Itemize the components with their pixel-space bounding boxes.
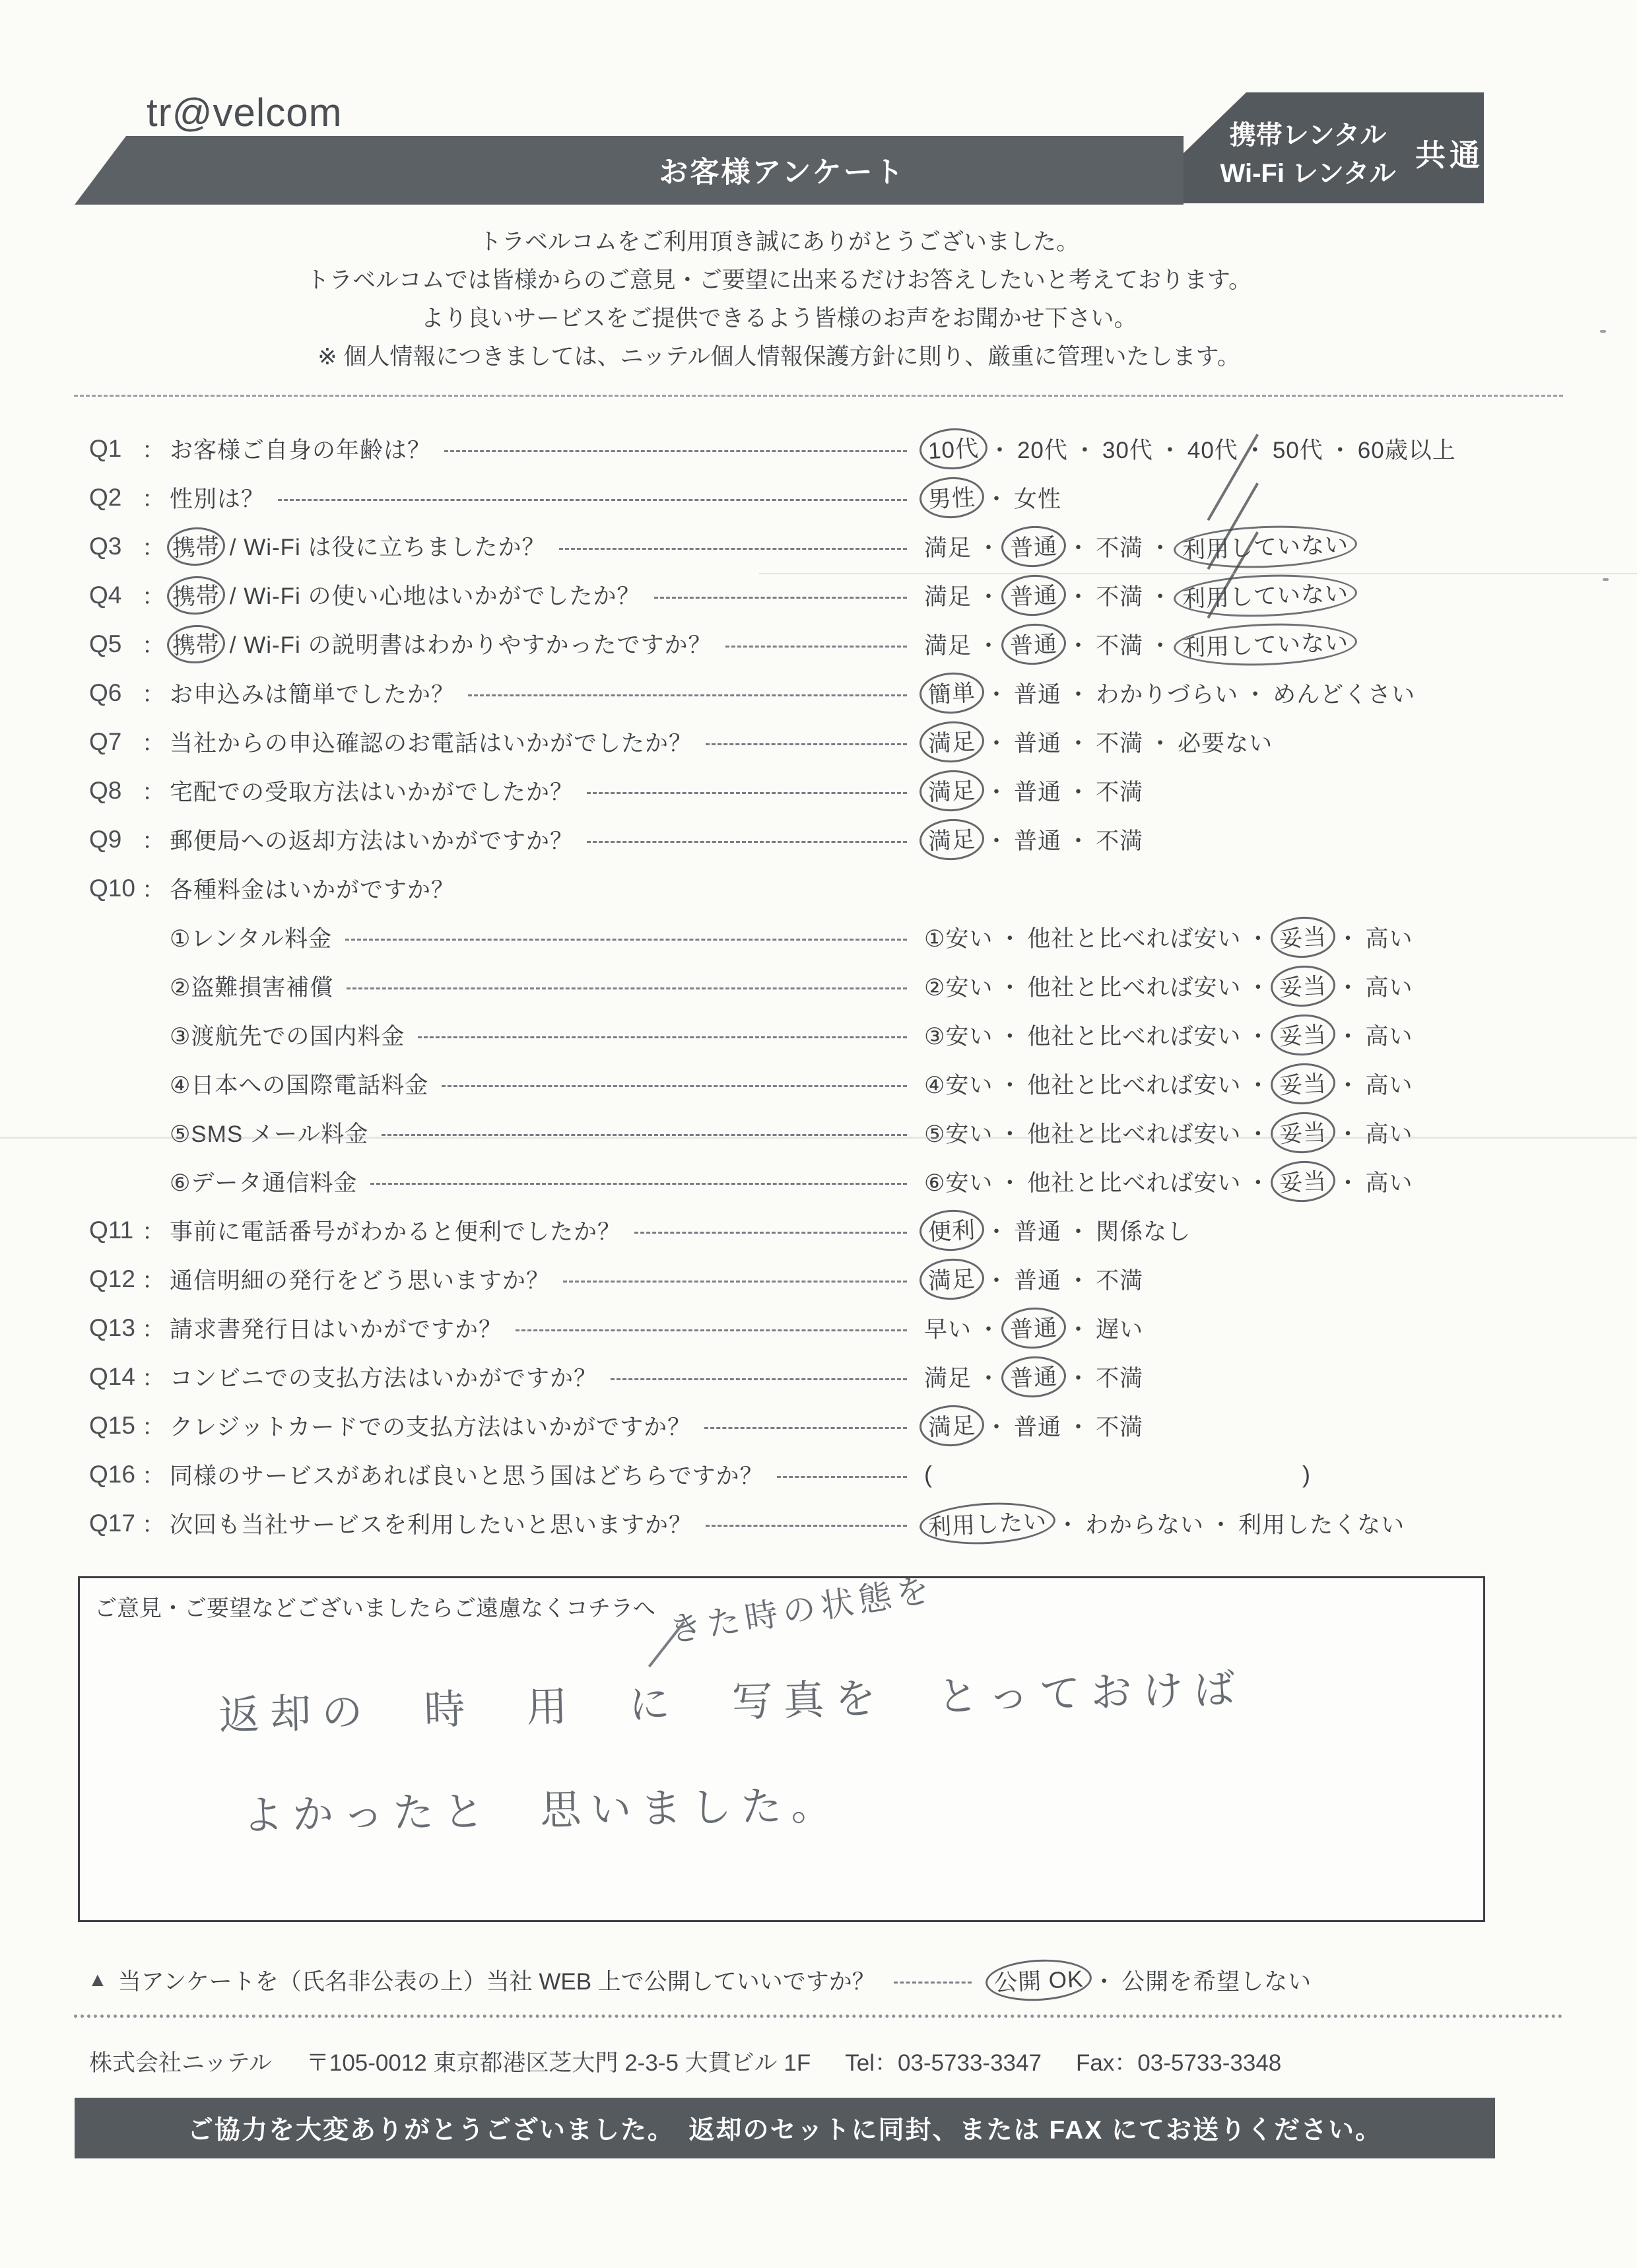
option-separator: ・	[1067, 530, 1090, 563]
option-separator: ・	[1336, 1116, 1360, 1149]
comment-box: ご意見・ご要望などございましたらご遠慮なくコチラへ きた時の状態を 返却の 時 …	[78, 1576, 1485, 1922]
option: 便利	[918, 1208, 985, 1252]
leader-dashes	[516, 1329, 907, 1331]
option-separator: ・	[998, 1067, 1022, 1100]
question-text-part: / Wi-Fi は役に立ちましたか？	[222, 535, 546, 560]
question-row: ②盗難損害補償②安い・他社と比べれば安い・妥当・高い	[89, 962, 1495, 1011]
option: 満足	[918, 1403, 985, 1448]
intro-paragraph: トラベルコムをご利用頂き誠にありがとうございました。 トラベルコムでは皆様からの…	[92, 223, 1465, 376]
intro-line-3: より良いサービスをご提供できるよう皆様のお声をお聞かせ下さい。	[92, 300, 1465, 338]
option: 不満	[1096, 628, 1143, 661]
option: 公開を希望しない	[1121, 1964, 1312, 1997]
option: 他社と比べれば安い	[1027, 1067, 1241, 1100]
option: 普通	[1014, 725, 1061, 758]
question-left: Q6：お申込みは簡単でしたか？	[89, 677, 924, 710]
badge-rental-lines: 携帯レンタル Wi-Fi レンタル	[1184, 103, 1409, 193]
survey-page: tr@velcom お客様アンケート 携帯レンタル Wi-Fi レンタル 共通 …	[0, 0, 1637, 2268]
option: ②安い	[924, 970, 993, 1003]
option: 遅い	[1096, 1312, 1143, 1345]
option-separator: ・	[1244, 677, 1267, 710]
question-text-part: / Wi-Fi の使い心地はいかがでしたか？	[222, 584, 641, 609]
question-row: Q10：各種料金はいかがですか？	[89, 864, 1495, 913]
question-left: ⑥データ通信料金	[89, 1165, 924, 1198]
answer-options: 満足・普通・不満	[924, 822, 1143, 857]
answer-options: ④安い・他社と比べれば安い・妥当・高い	[924, 1067, 1413, 1101]
option: 簡単	[918, 671, 985, 715]
leader-dashes	[634, 1232, 907, 1234]
option: 他社と比べれば安い	[1027, 1116, 1241, 1149]
question-number: Q7	[89, 728, 142, 756]
option: 満足	[918, 1257, 985, 1301]
option: 不満	[1096, 530, 1143, 563]
leader-dashes	[777, 1476, 907, 1478]
option: 普通	[1000, 1354, 1067, 1399]
publish-consent-text: 当アンケートを（氏名非公表の上）当社 WEB 上で公開していいですか？	[118, 1964, 875, 1997]
option-separator: ・	[998, 1018, 1022, 1051]
option: 妥当	[1270, 1061, 1337, 1106]
leader-dashes	[468, 694, 907, 696]
option-separator: ・	[1067, 1360, 1090, 1393]
question-text-part: お客様ご自身の年齢は？	[170, 438, 431, 463]
option: 利用していない	[1173, 572, 1358, 620]
question-colon: ：	[142, 1409, 170, 1442]
question-text: 宅配での受取方法はいかがでしたか？	[170, 774, 574, 807]
option: 不満	[1096, 823, 1143, 856]
option-separator: ・	[1149, 628, 1172, 661]
answer-options: 満足・普通・不満・利用していない	[924, 529, 1353, 564]
scan-speck	[1600, 330, 1606, 333]
question-text: 性別は？	[170, 481, 265, 514]
option: 高い	[1365, 1165, 1413, 1198]
question-text-part: 各種料金はいかがですか？	[170, 877, 455, 903]
option-separator: ・	[985, 774, 1009, 807]
question-colon: ：	[142, 481, 170, 514]
question-text-part: 同様のサービスがあれば良いと思う国はどちらですか？	[170, 1463, 764, 1489]
option: 満足	[924, 530, 972, 563]
option: 普通	[1014, 1263, 1061, 1296]
question-row: Q8：宅配での受取方法はいかがでしたか？満足・普通・不満	[89, 766, 1495, 815]
question-text: クレジットカードでの支払方法はいかがですか？	[170, 1409, 691, 1442]
answer-options: 早い・普通・遅い	[924, 1311, 1143, 1345]
question-colon: ：	[142, 628, 170, 661]
option-separator: ・	[985, 823, 1009, 856]
option-separator: ・	[998, 921, 1022, 954]
question-row: Q11：事前に電話番号がわかると便利でしたか？便利・普通・関係なし	[89, 1206, 1495, 1255]
dotted-divider-bottom	[74, 2015, 1563, 2018]
question-text-part: ⑤SMS メール料金	[170, 1121, 368, 1147]
option: 満足	[924, 628, 972, 661]
question-left: Q16：同様のサービスがあれば良いと思う国はどちらですか？	[89, 1458, 924, 1491]
option: ③安い	[924, 1018, 993, 1051]
option: 早い	[924, 1312, 972, 1345]
answer-options: 10代・20代・30代・40代・50代・60歳以上	[924, 432, 1456, 466]
option: 他社と比べれば安い	[1027, 1018, 1241, 1051]
option-separator: ・	[998, 1116, 1022, 1149]
option: 不満	[1096, 1263, 1143, 1296]
question-text: コンビニでの支払方法はいかがですか？	[170, 1360, 597, 1393]
question-text-part: 請求書発行日はいかがですか？	[170, 1317, 502, 1343]
option-separator: ・	[977, 1312, 1001, 1345]
question-row: Q12：通信明細の発行をどう思いますか？満足・普通・不満	[89, 1255, 1495, 1304]
option-separator: ・	[1246, 1018, 1270, 1051]
question-number: Q14	[89, 1363, 142, 1391]
question-number: Q3	[89, 533, 142, 560]
question-left: Q8：宅配での受取方法はいかがでしたか？	[89, 774, 924, 807]
answer-options: ③安い・他社と比べれば安い・妥当・高い	[924, 1018, 1413, 1052]
option: 普通	[1014, 677, 1061, 710]
option: 満足	[924, 579, 972, 612]
triangle-bullet-icon: ▲	[88, 1969, 108, 1991]
option-separator: ・	[1067, 628, 1090, 661]
option-separator: ・	[1246, 1116, 1270, 1149]
company-info-row: 株式会社ニッテル 〒105-0012 東京都港区芝大門 2-3-5 大貫ビル 1…	[89, 2045, 1541, 2078]
question-text: ①レンタル料金	[170, 921, 332, 954]
question-text: 携帯 / Wi-Fi は役に立ちましたか？	[170, 529, 546, 564]
scan-crease-line	[0, 1137, 1637, 1139]
question-text: 郵便局への返却方法はいかがですか？	[170, 823, 574, 856]
option: 高い	[1365, 1018, 1413, 1051]
option: 60歳以上	[1358, 432, 1456, 465]
question-colon: ：	[142, 725, 170, 758]
question-left: Q9：郵便局への返却方法はいかがですか？	[89, 823, 924, 856]
option: ④安い	[924, 1067, 993, 1100]
paren-open: (	[924, 1461, 933, 1488]
dashed-divider-top	[74, 395, 1563, 397]
question-left: Q1：お客様ご自身の年齢は？	[89, 432, 924, 465]
question-text: お申込みは簡単でしたか？	[170, 677, 455, 710]
intro-line-2: トラベルコムでは皆様からのご意見・ご要望に出来るだけお答えしたいと考えております…	[92, 261, 1465, 300]
question-colon: ：	[142, 774, 170, 807]
question-text-part: 携帯	[166, 624, 226, 665]
question-number: Q13	[89, 1314, 142, 1342]
question-colon: ：	[142, 1507, 170, 1540]
question-text-part: 次回も当社サービスを利用したいと思いますか？	[170, 1512, 692, 1538]
option: 普通	[1014, 823, 1061, 856]
option: ①安い	[924, 921, 993, 954]
rental-type-badge: 携帯レンタル Wi-Fi レンタル 共通	[1184, 92, 1484, 203]
question-left: ③渡航先での国内料金	[89, 1018, 924, 1051]
question-left: Q7：当社からの申込確認のお電話はいかがでしたか？	[89, 725, 924, 758]
question-colon: ：	[142, 530, 170, 563]
question-colon: ：	[142, 823, 170, 856]
option: 妥当	[1270, 915, 1337, 959]
option: 利用していない	[1173, 523, 1358, 571]
question-text-part: 当社からの申込確認のお電話はいかがでしたか？	[170, 731, 692, 756]
answer-options: 満足・普通・不満・利用していない	[924, 627, 1353, 662]
leader-dashes	[587, 841, 907, 843]
option: わかりづらい	[1096, 677, 1238, 710]
question-left: Q2：性別は？	[89, 481, 924, 514]
company-address: 〒105-0012 東京都港区芝大門 2-3-5 大貫ビル 1F	[306, 2045, 811, 2078]
leader-dashes	[418, 1036, 907, 1038]
question-left: Q13：請求書発行日はいかがですか？	[89, 1312, 924, 1345]
question-row: Q14：コンビニでの支払方法はいかがですか？満足・普通・不満	[89, 1352, 1495, 1401]
option-separator: ・	[985, 677, 1009, 710]
option: 高い	[1365, 1067, 1413, 1100]
handwritten-line-1: 返却の 時 用 に 写真を とっておけば	[218, 1656, 1246, 1742]
question-text-part: 性別は？	[170, 486, 265, 512]
question-text-part: 事前に電話番号がわかると便利でしたか？	[170, 1219, 621, 1245]
thanks-banner: ご協力を大変ありがとうございました。 返却のセットに同封、または FAX にてお…	[75, 2098, 1495, 2158]
handwritten-line-2: よかったと 思いました。	[242, 1772, 842, 1842]
option: 満足	[924, 1360, 972, 1393]
question-left: Q3：携帯 / Wi-Fi は役に立ちましたか？	[89, 529, 924, 564]
question-text: ⑤SMS メール料金	[170, 1116, 368, 1149]
question-text-part: お申込みは簡単でしたか？	[170, 682, 455, 708]
option: 不満	[1096, 774, 1143, 807]
option-separator: ・	[1067, 579, 1090, 612]
question-left: Q5：携帯 / Wi-Fi の説明書はわかりやすかったですか？	[89, 627, 924, 661]
question-text-part: ①レンタル料金	[170, 926, 332, 952]
leader-dashes	[278, 499, 907, 501]
question-row: Q4：携帯 / Wi-Fi の使い心地はいかがでしたか？満足・普通・不満・利用し…	[89, 571, 1495, 620]
option-separator: ・	[1246, 921, 1270, 954]
option-separator: ・	[1336, 921, 1360, 954]
answer-options: 満足・普通・不満	[924, 1360, 1143, 1394]
question-row: Q7：当社からの申込確認のお電話はいかがでしたか？満足・普通・不満・必要ない	[89, 717, 1495, 766]
badge-line-wifi: Wi-Fi レンタル	[1220, 159, 1396, 188]
question-row: Q3：携帯 / Wi-Fi は役に立ちましたか？満足・普通・不満・利用していない	[89, 522, 1495, 571]
answer-options: 簡単・普通・わかりづらい・めんどくさい	[924, 676, 1415, 710]
leader-dashes	[345, 939, 907, 941]
question-text: 事前に電話番号がわかると便利でしたか？	[170, 1214, 621, 1247]
option-separator: ・	[1329, 432, 1353, 465]
option: 他社と比べれば安い	[1027, 1165, 1241, 1198]
option: 普通	[1000, 573, 1067, 617]
question-row: Q2：性別は？男性・女性	[89, 473, 1495, 522]
option: 利用していない	[1173, 620, 1358, 669]
question-number: Q12	[89, 1265, 142, 1293]
question-number: Q1	[89, 435, 142, 463]
option-separator: ・	[1158, 432, 1182, 465]
option: 普通	[1014, 774, 1061, 807]
badge-common-label: 共通	[1415, 131, 1484, 175]
paren-close: )	[1302, 1461, 1311, 1488]
answer-options: ①安い・他社と比べれば安い・妥当・高い	[924, 920, 1413, 954]
question-colon: ：	[142, 1360, 170, 1393]
option-separator: ・	[977, 628, 1001, 661]
option: 関係なし	[1096, 1214, 1191, 1247]
page-title: お客様アンケート	[659, 149, 905, 191]
question-number: Q15	[89, 1412, 142, 1440]
question-text: ③渡航先での国内料金	[170, 1018, 405, 1051]
question-left: Q12：通信明細の発行をどう思いますか？	[89, 1263, 924, 1296]
option-separator: ・	[985, 481, 1009, 514]
question-row: Q6：お申込みは簡単でしたか？簡単・普通・わかりづらい・めんどくさい	[89, 669, 1495, 717]
option-separator: ・	[1067, 1263, 1090, 1296]
option: 普通	[1014, 1214, 1061, 1247]
leader-dashes	[444, 450, 907, 452]
option-separator: ・	[1073, 432, 1097, 465]
answer-options: 男性・女性	[924, 481, 1061, 515]
question-text: 各種料金はいかがですか？	[170, 872, 455, 905]
option-separator: ・	[1067, 1312, 1090, 1345]
leader-dashes	[587, 792, 907, 794]
question-row: Q16：同様のサービスがあれば良いと思う国はどちらですか？()	[89, 1450, 1495, 1499]
scan-crease-line	[759, 573, 1637, 574]
question-number: Q17	[89, 1510, 142, 1537]
option: 普通	[1000, 1306, 1067, 1350]
question-text-part: 携帯	[166, 526, 226, 568]
question-text: ④日本への国際電話料金	[170, 1067, 428, 1100]
question-left: Q4：携帯 / Wi-Fi の使い心地はいかがでしたか？	[89, 578, 924, 613]
question-number: Q2	[89, 484, 142, 512]
option: 高い	[1365, 921, 1413, 954]
option: 満足	[918, 817, 985, 861]
option-separator: ・	[977, 1360, 1001, 1393]
question-number: Q4	[89, 582, 142, 609]
option-separator: ・	[977, 530, 1001, 563]
question-text-part: / Wi-Fi の説明書はわかりやすかったですか？	[222, 632, 712, 658]
question-text: 当社からの申込確認のお電話はいかがでしたか？	[170, 725, 692, 758]
question-text-part: クレジットカードでの支払方法はいかがですか？	[170, 1415, 691, 1440]
question-left: Q15：クレジットカードでの支払方法はいかがですか？	[89, 1409, 924, 1442]
intro-line-4: ※ 個人情報につきましては、ニッテル個人情報保護方針に則り、厳重に管理いたします…	[92, 338, 1465, 376]
option: 40代	[1187, 432, 1238, 465]
option: 他社と比べれば安い	[1027, 921, 1241, 954]
leader-dashes	[442, 1085, 907, 1087]
question-number: Q8	[89, 777, 142, 805]
option: 不満	[1096, 1409, 1143, 1442]
option-separator: ・	[1056, 1507, 1080, 1540]
option: 満足	[918, 768, 985, 813]
question-row: Q13：請求書発行日はいかがですか？早い・普通・遅い	[89, 1304, 1495, 1352]
question-text: ②盗難損害補償	[170, 970, 333, 1003]
question-left: ⑤SMS メール料金	[89, 1116, 924, 1149]
option: 妥当	[1270, 1110, 1337, 1154]
option-separator: ・	[1067, 725, 1090, 758]
question-left: Q17：次回も当社サービスを利用したいと思いますか？	[89, 1507, 924, 1540]
option-separator: ・	[998, 970, 1022, 1003]
questions: Q1：お客様ご自身の年齢は？10代・20代・30代・40代・50代・60歳以上Q…	[89, 424, 1495, 1548]
question-left: Q11：事前に電話番号がわかると便利でしたか？	[89, 1214, 924, 1247]
publish-options: 公開 OK・公開を希望しない	[990, 1963, 1312, 1997]
option: 50代	[1273, 432, 1323, 465]
intro-line-1: トラベルコムをご利用頂き誠にありがとうございました。	[92, 223, 1465, 261]
question-number: Q11	[89, 1217, 142, 1244]
question-colon: ：	[142, 1214, 170, 1247]
option-separator: ・	[977, 579, 1001, 612]
question-text-part: 携帯	[166, 575, 226, 617]
option: ⑥安い	[924, 1165, 993, 1198]
option: ⑤安い	[924, 1116, 993, 1149]
option: 高い	[1365, 1116, 1413, 1149]
option: 普通	[1000, 524, 1067, 568]
option-separator: ・	[1336, 970, 1360, 1003]
question-text: ⑥データ通信料金	[170, 1165, 357, 1198]
leader-dashes	[706, 1525, 907, 1527]
option-separator: ・	[1067, 1214, 1090, 1247]
option-separator: ・	[1336, 1018, 1360, 1051]
question-text-part: 宅配での受取方法はいかがでしたか？	[170, 780, 574, 805]
answer-options: 利用したい・わからない・利用したくない	[924, 1506, 1405, 1541]
question-number: Q10	[89, 875, 142, 902]
question-text: お客様ご自身の年齢は？	[170, 432, 431, 465]
option: 普通	[1000, 622, 1067, 666]
option-separator: ・	[1149, 579, 1172, 612]
answer-options: 便利・普通・関係なし	[924, 1213, 1191, 1248]
leader-dashes	[706, 743, 907, 745]
answer-options: ⑥安い・他社と比べれば安い・妥当・高い	[924, 1164, 1413, 1199]
question-colon: ：	[142, 677, 170, 710]
option-separator: ・	[1067, 774, 1090, 807]
comment-box-label: ご意見・ご要望などございましたらご遠慮なくコチラへ	[94, 1590, 655, 1622]
question-left: Q10：各種料金はいかがですか？	[89, 872, 924, 905]
question-colon: ：	[142, 1312, 170, 1345]
option-separator: ・	[998, 1165, 1022, 1198]
option: 不満	[1096, 1360, 1143, 1393]
question-colon: ：	[142, 872, 170, 905]
question-row: ⑤SMS メール料金⑤安い・他社と比べれば安い・妥当・高い	[89, 1108, 1495, 1157]
question-colon: ：	[142, 579, 170, 612]
option: 不満	[1096, 725, 1143, 758]
company-fax: Fax：03-5733-3348	[1076, 2045, 1281, 2078]
question-row: ⑥データ通信料金⑥安い・他社と比べれば安い・妥当・高い	[89, 1157, 1495, 1206]
question-row: ③渡航先での国内料金③安い・他社と比べれば安い・妥当・高い	[89, 1011, 1495, 1059]
leader-dashes	[559, 548, 907, 550]
leader-dashes	[347, 987, 907, 989]
option: 満足	[918, 719, 985, 764]
question-text: 請求書発行日はいかがですか？	[170, 1312, 502, 1345]
option: 妥当	[1270, 964, 1337, 1008]
answer-options: ②安い・他社と比べれば安い・妥当・高い	[924, 969, 1413, 1003]
question-text: 携帯 / Wi-Fi の使い心地はいかがでしたか？	[170, 578, 641, 613]
question-row: Q15：クレジットカードでの支払方法はいかがですか？満足・普通・不満	[89, 1401, 1495, 1450]
question-row: Q17：次回も当社サービスを利用したいと思いますか？利用したい・わからない・利用…	[89, 1499, 1495, 1548]
option: 妥当	[1270, 1013, 1337, 1057]
company-name: 株式会社ニッテル	[89, 2045, 272, 2078]
option: 他社と比べれば安い	[1027, 970, 1241, 1003]
question-row: ①レンタル料金①安い・他社と比べれば安い・妥当・高い	[89, 913, 1495, 962]
option-separator: ・	[1092, 1964, 1116, 1997]
scan-speck	[1603, 578, 1609, 581]
leader-dashes	[563, 1281, 907, 1283]
question-colon: ：	[142, 1458, 170, 1491]
option-separator: ・	[1067, 677, 1090, 710]
question-text: 同様のサービスがあれば良いと思う国はどちらですか？	[170, 1458, 764, 1491]
answer-options: 満足・普通・不満	[924, 1409, 1143, 1443]
option-separator: ・	[985, 725, 1009, 758]
question-number: Q6	[89, 679, 142, 707]
option: 利用したくない	[1238, 1507, 1405, 1540]
question-colon: ：	[142, 432, 170, 465]
option-separator: ・	[1067, 1409, 1090, 1442]
leader-dashes	[704, 1427, 907, 1429]
answer-options: 満足・普通・不満・利用していない	[924, 578, 1353, 613]
question-text-part: ⑥データ通信料金	[170, 1170, 357, 1196]
question-text-part: ②盗難損害補償	[170, 975, 333, 1001]
answer-options: 満足・普通・不満	[924, 1262, 1143, 1296]
answer-options: 満足・普通・不満・必要ない	[924, 725, 1273, 759]
option: めんどくさい	[1273, 677, 1415, 710]
question-text-part: ④日本への国際電話料金	[170, 1073, 428, 1098]
option-separator: ・	[1246, 1165, 1270, 1198]
option-separator: ・	[985, 1409, 1009, 1442]
badge-line-mobile: 携帯レンタル	[1230, 121, 1386, 150]
option: 利用したい	[919, 1500, 1057, 1548]
option: 普通	[1014, 1409, 1061, 1442]
company-tel: Tel：03-5733-3347	[845, 2045, 1042, 2078]
option: 必要ない	[1178, 725, 1273, 758]
question-text-part: 郵便局への返却方法はいかがですか？	[170, 828, 574, 854]
option: 10代	[918, 426, 988, 471]
question-row: Q5：携帯 / Wi-Fi の説明書はわかりやすかったですか？満足・普通・不満・…	[89, 620, 1495, 669]
question-left: Q14：コンビニでの支払方法はいかがですか？	[89, 1360, 924, 1393]
question-colon: ：	[142, 1263, 170, 1296]
option: わからない	[1085, 1507, 1204, 1540]
option: 公開 OK	[984, 1957, 1092, 2003]
question-text: 次回も当社サービスを利用したいと思いますか？	[170, 1507, 692, 1540]
